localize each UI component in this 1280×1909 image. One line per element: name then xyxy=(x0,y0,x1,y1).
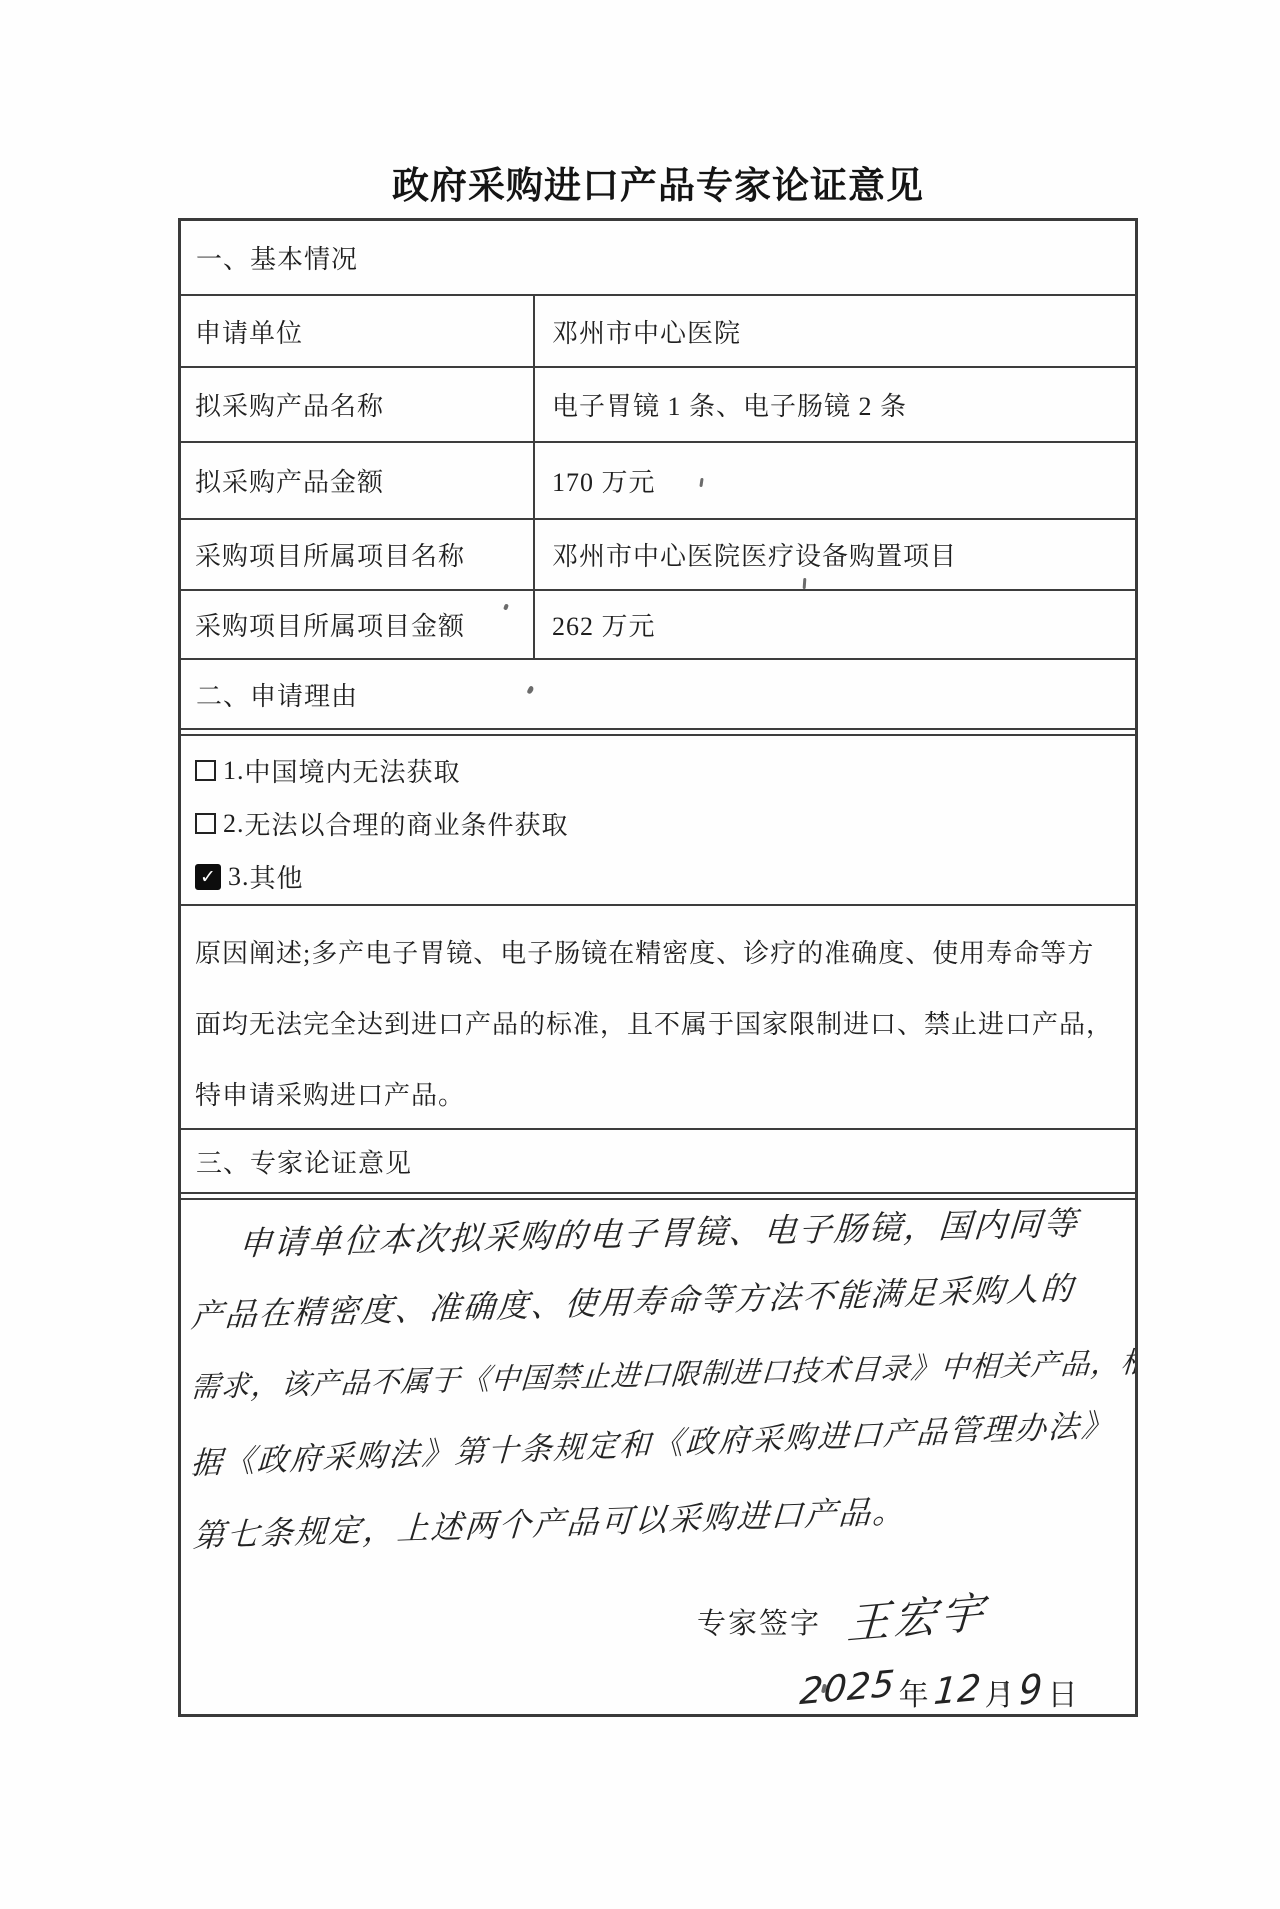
option-row-2: 2. 无法以合理的商业条件获取 xyxy=(195,797,1135,850)
reason-statement-text: 原因阐述;多产电子胃镜、电子肠镜在精密度、诊疗的准确度、使用寿命等方面均无法完全… xyxy=(195,939,1113,1110)
section-heading-expert-opinion: 三、专家论证意见 xyxy=(181,1130,1135,1194)
expert-signature: 王宏宇 xyxy=(845,1578,989,1652)
section-1-label: 一、基本情况 xyxy=(196,239,358,276)
date-day-value: 9 xyxy=(1019,1664,1044,1714)
reason-options-cell: 1. 中国境内无法获取 2. 无法以合理的商业条件获取 ✓ 3. 其他 xyxy=(181,734,1135,906)
table-row: 拟采购产品名称 电子胃镜 1 条、电子肠镜 2 条 xyxy=(181,368,1135,443)
section-heading-basic-info: 一、基本情况 xyxy=(181,221,1135,296)
reason-statement-cell: 原因阐述;多产电子胃镜、电子肠镜在精密度、诊疗的准确度、使用寿命等方面均无法完全… xyxy=(181,906,1135,1130)
row-value-product-name: 电子胃镜 1 条、电子肠镜 2 条 xyxy=(535,368,1135,441)
row-value-product-amount: 170 万元 xyxy=(535,443,1135,518)
row-label-project-amount: 采购项目所属项目金额 xyxy=(181,591,535,658)
option-row-1: 1. 中国境内无法获取 xyxy=(195,744,1135,797)
row-value-project-amount: 262 万元 xyxy=(535,591,1135,658)
table-row: 拟采购产品金额 170 万元 xyxy=(181,443,1135,520)
handwritten-line: 第七条规定，上述两个产品可以采购进口产品。 xyxy=(192,1478,1135,1557)
section-heading-apply-reason: 二、申请理由 xyxy=(181,660,1135,730)
table-row: 申请单位 邓州市中心医院 xyxy=(181,296,1135,368)
table-row: 采购项目所属项目金额 262 万元 xyxy=(181,591,1135,660)
form-table: 一、基本情况 申请单位 邓州市中心医院 拟采购产品名称 电子胃镜 1 条、电子肠… xyxy=(178,218,1138,1717)
option-label: 中国境内无法获取 xyxy=(245,752,461,789)
checkbox-unchecked-1[interactable] xyxy=(195,760,216,781)
handwritten-line: 据《政府采购法》第十条规定和《政府采购进口产品管理办法》 xyxy=(190,1398,1135,1483)
date-year-unit: 年 xyxy=(899,1670,931,1714)
date-row: 2025 年 12 月 9 日 xyxy=(797,1670,1135,1714)
row-label-project-name: 采购项目所属项目名称 xyxy=(181,520,535,589)
option-number: 3. xyxy=(228,862,250,892)
check-icon: ✓ xyxy=(200,866,216,888)
signature-label: 专家签字 xyxy=(697,1601,821,1642)
row-label-applicant: 申请单位 xyxy=(181,296,535,366)
document-title: 政府采购进口产品专家论证意见 xyxy=(178,155,1138,209)
handwritten-line: 需求，该产品不属于《中国禁止进口限制进口技术目录》中相关产品，根 xyxy=(190,1340,1135,1406)
row-value-project-name: 邓州市中心医院医疗设备购置项目 xyxy=(535,520,1135,589)
option-number: 2. xyxy=(223,809,245,839)
signature-row: 专家签字 王宏宇 xyxy=(697,1591,1135,1652)
checkbox-checked-3[interactable]: ✓ xyxy=(195,864,221,890)
row-label-product-amount: 拟采购产品金额 xyxy=(181,443,535,518)
section-2-label: 二、申请理由 xyxy=(196,676,358,713)
date-day-unit: 日 xyxy=(1048,1670,1080,1714)
option-label: 其他 xyxy=(250,858,304,895)
section-3-label: 三、专家论证意见 xyxy=(196,1143,412,1180)
row-value-applicant: 邓州市中心医院 xyxy=(535,296,1135,366)
row-label-product-name: 拟采购产品名称 xyxy=(181,368,535,441)
option-row-3: ✓ 3. 其他 xyxy=(195,850,1135,903)
scanned-document-page: 政府采购进口产品专家论证意见 一、基本情况 申请单位 邓州市中心医院 拟采购产品… xyxy=(0,0,1280,1909)
date-month-unit: 月 xyxy=(984,1670,1016,1714)
expert-opinion-cell: 申请单位本次拟采购的电子胃镜、电子肠镜，国内同等 产品在精密度、准确度、使用寿命… xyxy=(181,1198,1135,1714)
table-row: 采购项目所属项目名称 邓州市中心医院医疗设备购置项目 xyxy=(181,520,1135,591)
date-month-value: 12 xyxy=(932,1667,983,1713)
handwritten-line: 产品在精密度、准确度、使用寿命等方法不能满足采购人的 xyxy=(190,1261,1135,1337)
handwritten-line: 申请单位本次拟采购的电子胃镜、电子肠镜，国内同等 xyxy=(238,1198,1135,1265)
date-year-value: 2025 xyxy=(798,1663,897,1713)
option-number: 1. xyxy=(223,756,245,786)
option-label: 无法以合理的商业条件获取 xyxy=(245,805,569,842)
checkbox-unchecked-2[interactable] xyxy=(195,813,216,834)
